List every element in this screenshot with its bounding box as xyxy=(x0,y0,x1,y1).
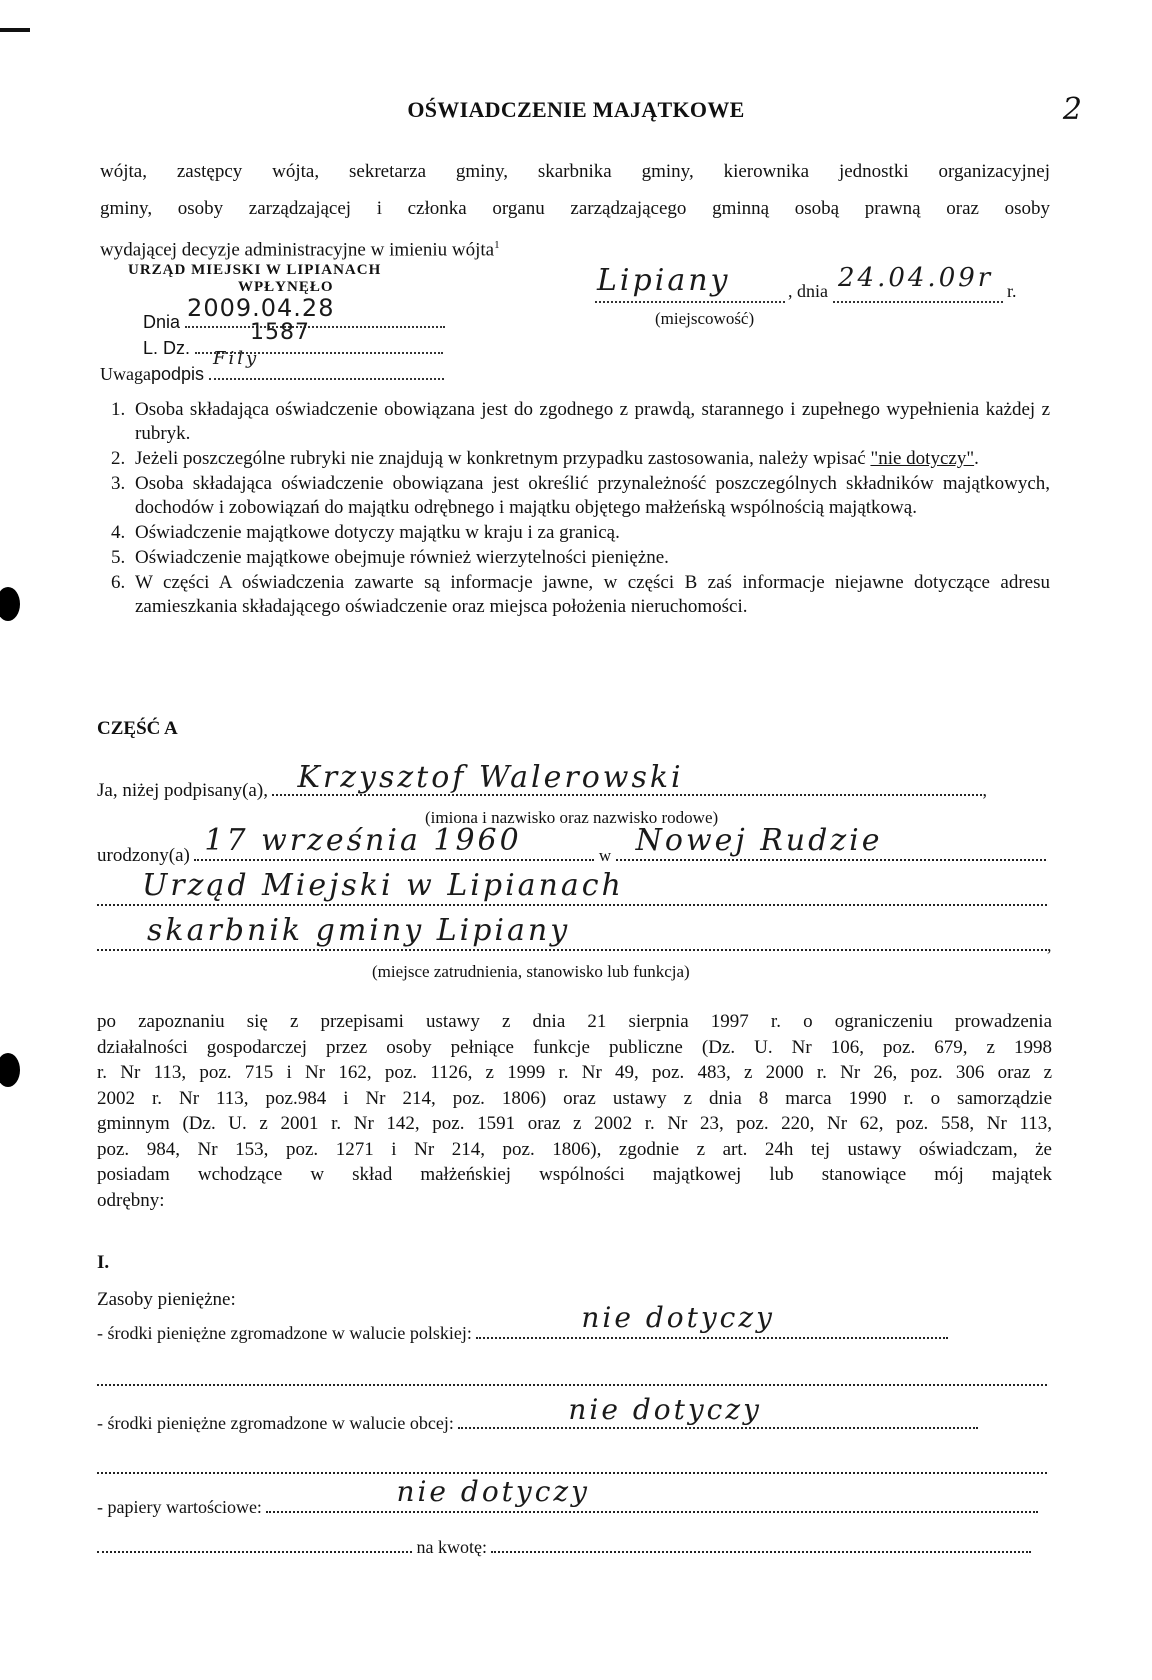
scan-edge-mark xyxy=(0,28,30,32)
footnote-mark: 1 xyxy=(494,239,500,251)
securities-desc-field[interactable] xyxy=(97,1547,412,1553)
securities-field[interactable]: nie dotyczy xyxy=(266,1507,1038,1513)
cash-assets-label: Zasoby pieniężne: xyxy=(97,1289,236,1311)
stamp-office: URZĄD MIEJSKI W LIPIANACH xyxy=(128,262,488,279)
pln-field-2[interactable] xyxy=(97,1380,1047,1386)
employment-field-2[interactable]: skarbnik gminy Lipiany xyxy=(97,945,1047,951)
declaration-paragraph: po zapoznaniu się z przepisami ustawy z … xyxy=(97,1009,1052,1213)
pln-row: - środki pieniężne zgromadzone w walucie… xyxy=(97,1323,1052,1344)
instruction-item: W części A oświadczenia zawarte są infor… xyxy=(130,571,1050,619)
place-caption: (miejscowość) xyxy=(655,309,754,329)
stamp-date-field[interactable]: 2009.04.28 xyxy=(185,312,445,328)
stamp-ref-row: L. Dz. 1587 xyxy=(143,338,443,359)
foreign-row: - środki pieniężne zgromadzone w walucie… xyxy=(97,1413,1052,1434)
instruction-item: Oświadczenie majątkowe dotyczy majątku w… xyxy=(130,521,1050,545)
born-row: urodzony(a) 17 września 1960 w Nowej Rud… xyxy=(97,845,1052,867)
intro-paragraph: wójta, zastępcy wójta, sekretarza gminy,… xyxy=(100,153,1050,268)
employment-line-2: skarbnik gminy Lipiany , xyxy=(97,935,1052,956)
intro-line: gminy, osoby zarządzającej i członka org… xyxy=(100,190,1050,227)
date-value: 24.04.09r xyxy=(838,263,993,293)
instruction-item: Jeżeli poszczególne rubryki nie znajdują… xyxy=(130,447,1050,471)
signatory-row: Ja, niżej podpisany(a), Krzysztof Walero… xyxy=(97,780,1052,802)
employment-caption: (miejsce zatrudnienia, stanowisko lub fu… xyxy=(372,962,690,982)
handwritten-page-number: 2 xyxy=(1063,92,1082,127)
stamp-sign-field[interactable]: Fily xyxy=(209,364,444,380)
place-date: Lipiany , dnia 24.04.09r r. (miejscowość… xyxy=(595,275,1055,305)
section-i-heading: I. xyxy=(97,1252,109,1274)
place-date-row: Lipiany , dnia 24.04.09r r. xyxy=(595,275,1055,305)
punch-hole-top xyxy=(0,587,20,621)
received-stamp: URZĄD MIEJSKI W LIPIANACH WPŁYNĘŁO xyxy=(128,262,488,296)
punch-hole-bottom xyxy=(0,1053,20,1087)
pln-field[interactable]: nie dotyczy xyxy=(476,1333,948,1339)
birth-place-field[interactable]: Nowej Rudzie xyxy=(616,855,1046,861)
pln-row-2 xyxy=(97,1370,1052,1391)
instruction-item: Osoba składająca oświadczenie obowiązana… xyxy=(130,472,1050,520)
amount-field[interactable] xyxy=(491,1547,1031,1553)
employment-line-1: Urząd Miejski w Lipianach xyxy=(97,890,1052,911)
foreign-field-2[interactable] xyxy=(97,1468,1047,1474)
intro-line: wójta, zastępcy wójta, sekretarza gminy,… xyxy=(100,153,1050,190)
instruction-item: Oświadczenie majątkowe obejmuje również … xyxy=(130,546,1050,570)
place-value: Lipiany xyxy=(597,263,730,298)
section-a-heading: CZĘŚĆ A xyxy=(97,718,178,740)
employment-field-1[interactable]: Urząd Miejski w Lipianach xyxy=(97,900,1047,906)
birth-date-field[interactable]: 17 września 1960 xyxy=(194,855,594,861)
instructions-list: Osoba składająca oświadczenie obowiązana… xyxy=(95,398,1050,620)
stamp-notes-row: Uwagapodpis Fily xyxy=(100,364,444,385)
instruction-item: Osoba składająca oświadczenie obowiązana… xyxy=(130,398,1050,446)
securities-row: - papiery wartościowe: nie dotyczy xyxy=(97,1497,1052,1518)
foreign-field[interactable]: nie dotyczy xyxy=(458,1423,978,1429)
amount-row: na kwotę: xyxy=(97,1537,1052,1558)
signatory-name-field[interactable]: Krzysztof Walerowski xyxy=(272,790,982,796)
document-title: OŚWIADCZENIE MAJĄTKOWE xyxy=(0,97,1152,123)
